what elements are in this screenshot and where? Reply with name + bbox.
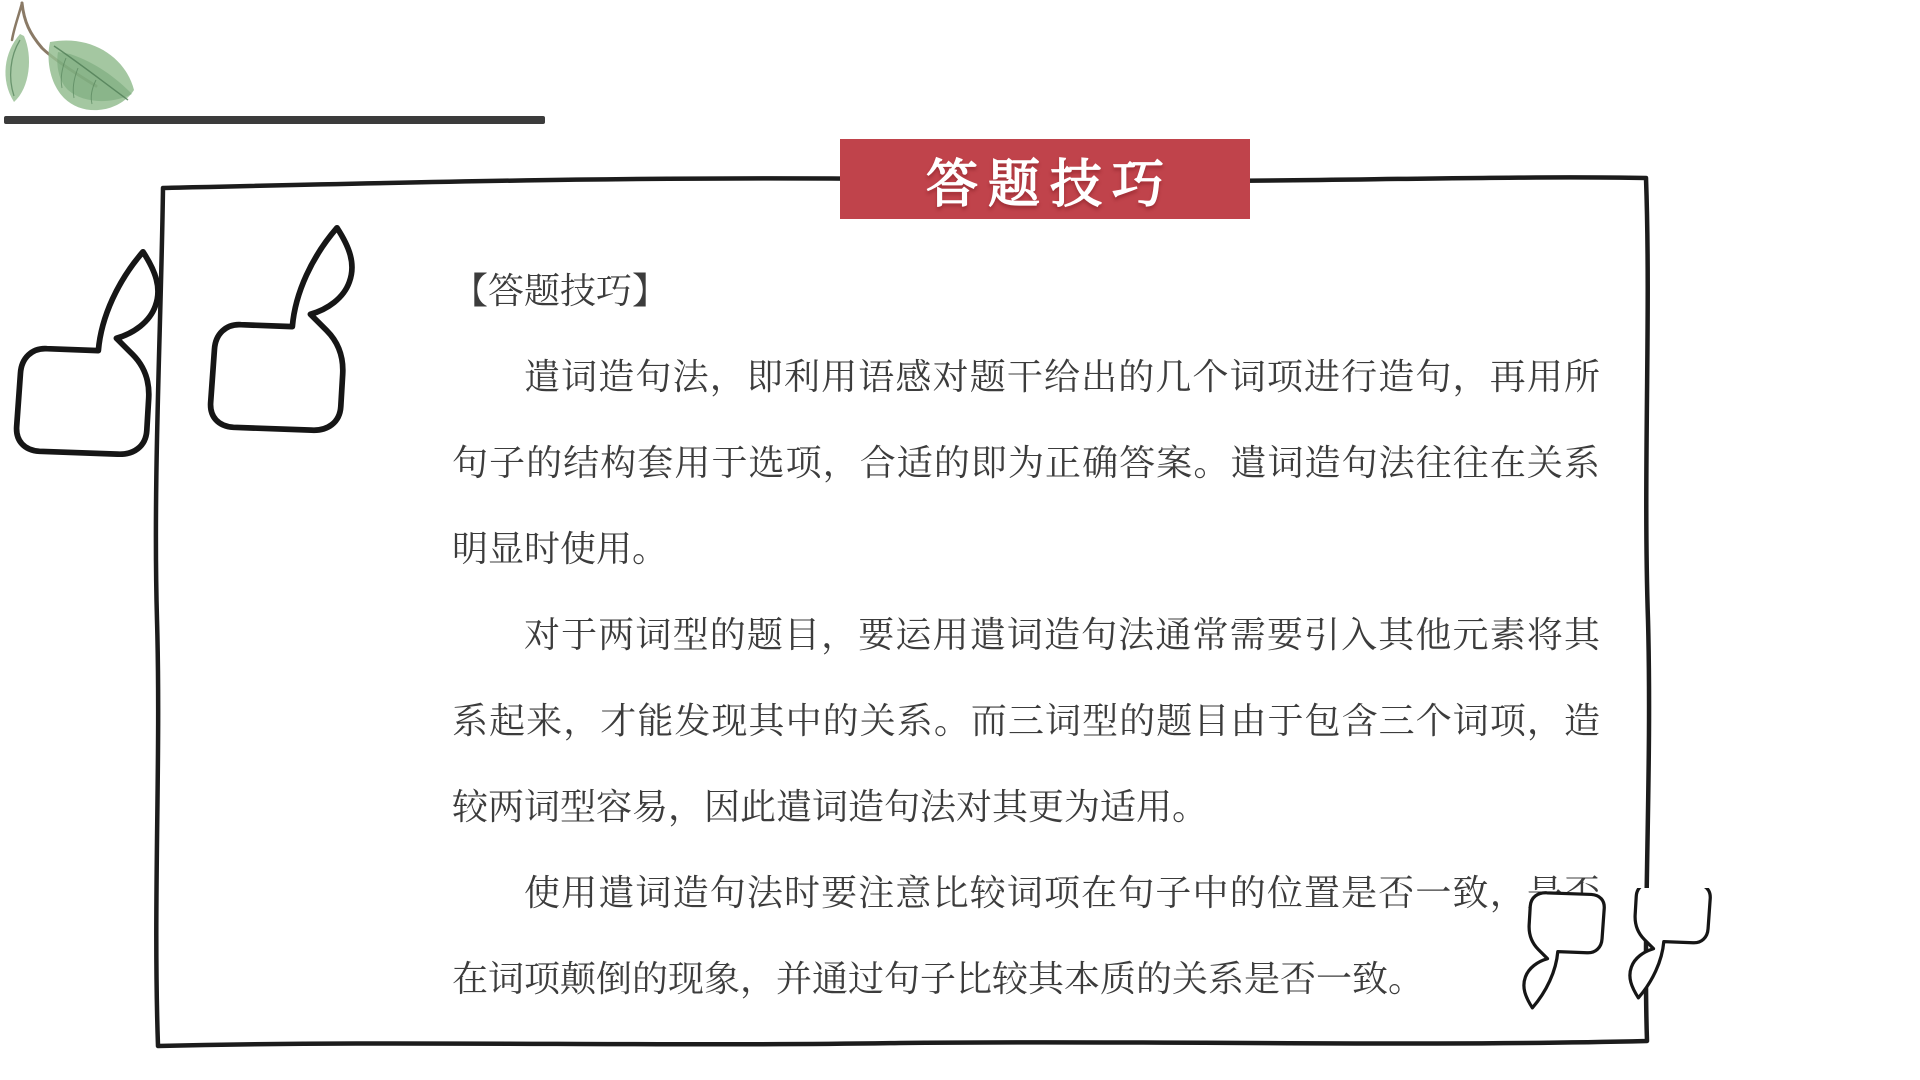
body-text-line: 较两词型容易，因此遣词造句法对其更为适用。 bbox=[452, 764, 1600, 850]
body-text-line: 在词项颠倒的现象，并通过句子比较其本质的关系是否一致。 bbox=[452, 936, 1600, 1022]
title-banner: 答题技巧 bbox=[840, 139, 1250, 219]
body-text: 【答题技巧】 遣词造句法，即利用语感对题干给出的几个词项进行造句，再用所造 句子… bbox=[452, 248, 1600, 1022]
accent-underline bbox=[4, 116, 545, 124]
body-text-line: 对于两词型的题目，要运用遣词造句法通常需要引入其他元素将其联 bbox=[452, 592, 1600, 678]
body-text-line: 明显时使用。 bbox=[452, 506, 1600, 592]
opening-quote-icon bbox=[8, 222, 378, 457]
body-text-line: 系起来，才能发现其中的关系。而三词型的题目由于包含三个词项，造句 bbox=[452, 678, 1600, 764]
leaves-icon bbox=[0, 0, 140, 128]
content-heading: 【答题技巧】 bbox=[452, 248, 1600, 334]
banner-title: 答题技巧 bbox=[916, 142, 1174, 217]
body-text-line: 句子的结构套用于选项，合适的即为正确答案。遣词造句法往往在关系不 bbox=[452, 420, 1600, 506]
body-text-line: 使用遣词造句法时要注意比较词项在句子中的位置是否一致，是否存 bbox=[452, 850, 1600, 936]
body-text-line: 遣词造句法，即利用语感对题干给出的几个词项进行造句，再用所造 bbox=[452, 334, 1600, 420]
slide: 【答题技巧】 遣词造句法，即利用语感对题干给出的几个词项进行造句，再用所造 句子… bbox=[0, 0, 1920, 1080]
closing-quote-icon bbox=[1516, 888, 1726, 1013]
